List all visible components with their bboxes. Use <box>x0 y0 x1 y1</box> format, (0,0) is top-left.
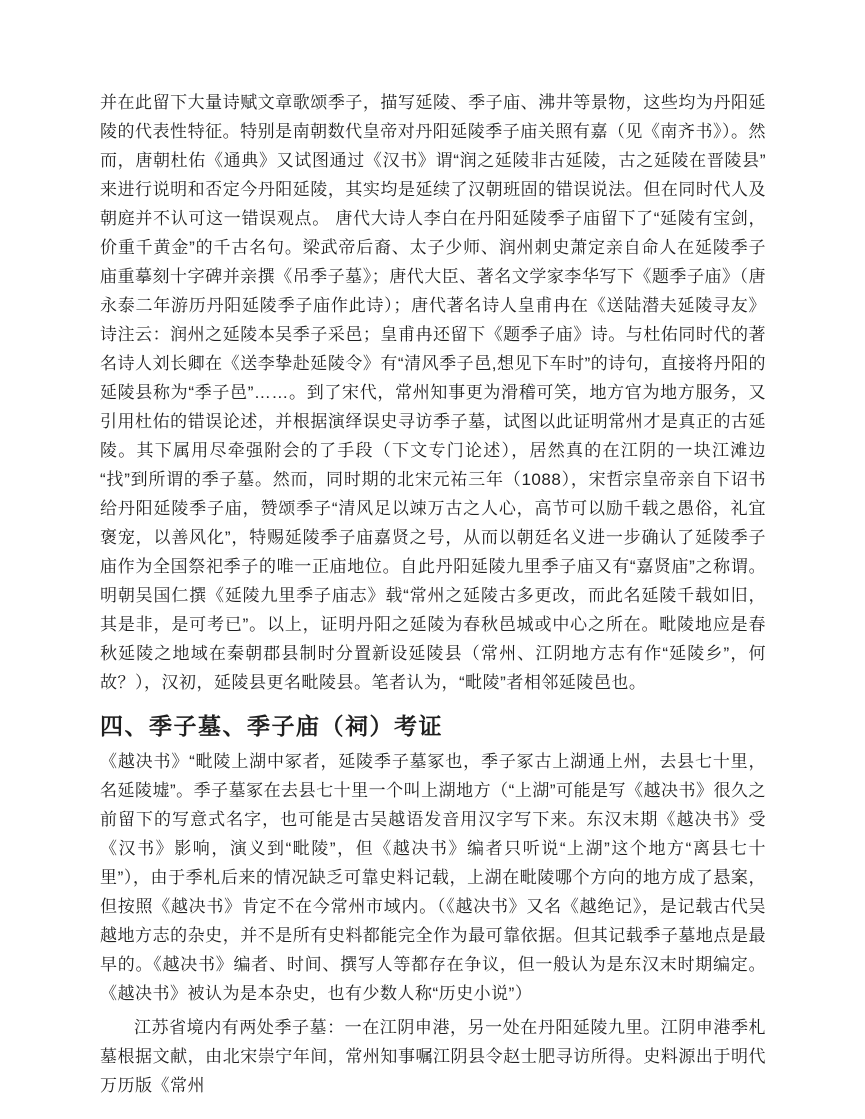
paragraph-yuejueshu-examination: 《越决书》“毗陵上湖中冢者，延陵季子墓冢也，季子冢古上湖通上州，去县七十里，名延… <box>100 747 766 1008</box>
section-heading-jizi-tomb-temple-textual-research: 四、季子墓、季子庙（祠）考证 <box>100 712 766 740</box>
paragraph-jiangsu-two-tombs: 江苏省境内有两处季子墓：一在江阴申港，另一处在丹阳延陵九里。江阴申港季札墓根据文… <box>100 1013 766 1100</box>
document-page: 并在此留下大量诗赋文章歌颂季子，描写延陵、季子庙、沸井等景物，这些均为丹阳延陵的… <box>0 0 865 1119</box>
article-content: 并在此留下大量诗赋文章歌颂季子，描写延陵、季子庙、沸井等景物，这些均为丹阳延陵的… <box>100 88 766 1100</box>
paragraph-yanling-history-argument: 并在此留下大量诗赋文章歌颂季子，描写延陵、季子庙、沸井等景物，这些均为丹阳延陵的… <box>100 88 766 697</box>
